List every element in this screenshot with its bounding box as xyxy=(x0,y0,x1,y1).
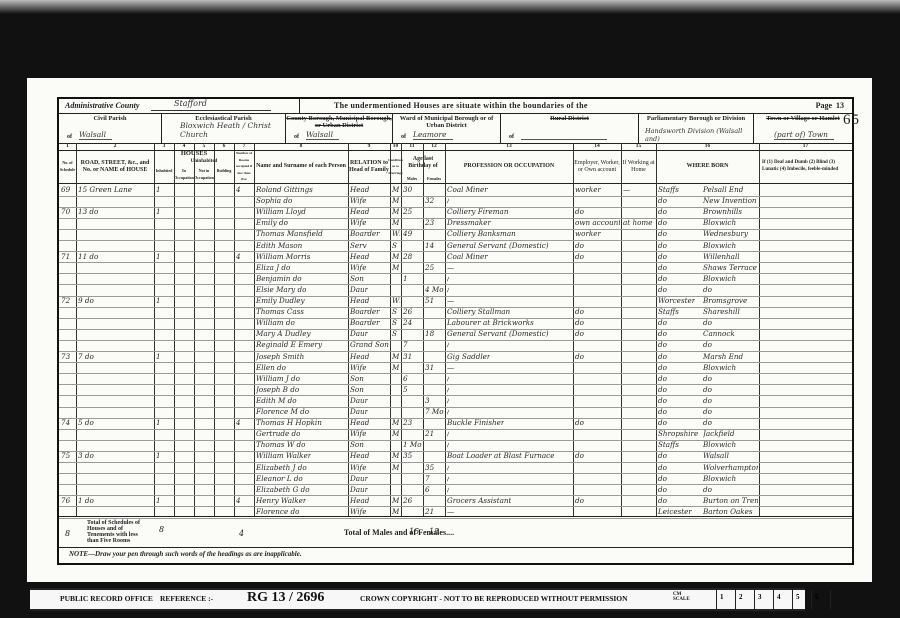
cell-birth-county: do xyxy=(658,474,667,483)
tick-mark: / xyxy=(447,396,449,405)
col-name: Name and Surname of each Person xyxy=(254,150,348,183)
totals-females: 15 xyxy=(429,527,439,536)
cell-male-age: 1 Mo xyxy=(403,440,422,449)
column-number: 11 xyxy=(401,143,423,149)
cell-rooms: 4 xyxy=(236,496,241,505)
cell-relation: Wife xyxy=(350,263,366,272)
cell-relation: Wife xyxy=(350,196,366,205)
cell-name: Roland Gittings xyxy=(256,185,313,194)
cell-relation: Daur xyxy=(350,474,368,483)
cell-birth-county: do xyxy=(658,363,667,372)
cell-occupation: — xyxy=(447,363,454,372)
cell-birth-county: Staffs xyxy=(658,185,679,194)
col-condition: Condition as to Marriage xyxy=(390,150,401,183)
cell-relation: Wife xyxy=(350,463,366,472)
cell-birth-place: Shaws Terrace xyxy=(703,263,757,272)
scale-mark: 3 xyxy=(754,590,773,609)
cell-birth-place: do xyxy=(703,340,712,349)
county-borough: County Borough, Municipal Borough, or Ur… xyxy=(286,113,393,143)
cell-relation: Head xyxy=(350,252,369,261)
cell-condition: M xyxy=(392,507,399,516)
cell-name: William J do xyxy=(256,374,300,383)
town-village-value: (part of) Town xyxy=(774,130,834,140)
cell-schedule: 69 xyxy=(61,185,70,194)
cell-relation: Son xyxy=(350,385,364,394)
cell-name: Emily do xyxy=(256,218,288,227)
cell-inhabited: 1 xyxy=(156,496,161,505)
cell-male-age: 5 xyxy=(403,385,408,394)
cell-name: Emily Dudley xyxy=(256,296,305,305)
cell-male-age: 6 xyxy=(403,374,408,383)
col-rooms: Number of Rooms occupied if less than fi… xyxy=(234,150,254,183)
cell-name: Mary A Dudley xyxy=(256,329,311,338)
cell-female-age: 18 xyxy=(425,329,434,338)
cell-male-age: 1 xyxy=(403,274,408,283)
tick-mark: / xyxy=(447,474,449,483)
col-at-home: If Working at Home xyxy=(621,150,656,183)
column-number: 8 xyxy=(254,143,348,149)
col-address: ROAD, STREET, &c., and No. or NAME of HO… xyxy=(76,150,154,183)
cell-relation: Daur xyxy=(350,485,368,494)
rural-district-value xyxy=(521,139,607,140)
cell-birth-county: do xyxy=(658,352,667,361)
cell-condition: M xyxy=(392,496,399,505)
cell-birth-county: do xyxy=(658,407,667,416)
tick-mark: / xyxy=(447,340,449,349)
of-label: of xyxy=(294,134,299,140)
cell-relation: Daur xyxy=(350,285,368,294)
cell-birth-place: do xyxy=(703,318,712,327)
cell-condition: Widr xyxy=(392,229,400,238)
column-number: 5 xyxy=(194,143,214,149)
cell-occupation: — xyxy=(447,263,454,272)
cell-birth-county: do xyxy=(658,329,667,338)
footer-reference: RG 13 / 2696 xyxy=(247,590,324,606)
cell-rooms: 4 xyxy=(236,185,241,194)
cell-female-age: 23 xyxy=(425,218,434,227)
cell-relation: Head xyxy=(350,496,369,505)
totals-rooms-value: 4 xyxy=(239,529,244,538)
cell-relation: Boarder xyxy=(350,318,380,327)
cell-female-age: 35 xyxy=(425,463,434,472)
cell-schedule: 75 xyxy=(61,451,70,460)
footer-scale-label: CM SCALE xyxy=(673,592,693,602)
cell-relation: Daur xyxy=(350,396,368,405)
cell-birth-county: do xyxy=(658,340,667,349)
col-not-in-occupation: Not in Occupation xyxy=(194,166,214,183)
cell-relation: Son xyxy=(350,374,364,383)
col-in-occupation: In Occupation xyxy=(174,166,194,183)
cell-female-age: 31 xyxy=(425,363,434,372)
cm-scale: 123456 xyxy=(716,590,865,609)
cell-schedule: 70 xyxy=(61,207,70,216)
col-occupation: PROFESSION OR OCCUPATION xyxy=(445,150,573,183)
cell-condition: M xyxy=(392,263,399,272)
cell-name: Eliza J do xyxy=(256,263,290,272)
cell-birth-place: Wolverhampton xyxy=(703,463,758,472)
cell-birth-county: do xyxy=(658,252,667,261)
tick-mark: / xyxy=(447,463,449,472)
cell-schedule: 73 xyxy=(61,352,70,361)
cell-birth-county: Shropshire xyxy=(658,429,698,438)
cell-male-age: 24 xyxy=(403,318,412,327)
col-males: Males xyxy=(401,175,423,183)
cell-condition: Wid xyxy=(392,296,400,305)
tick-mark: / xyxy=(447,274,449,283)
cell-birth-place: Bromsgrove xyxy=(703,296,747,305)
cell-relation: Head xyxy=(350,418,369,427)
cell-inhabited: 1 xyxy=(156,185,161,194)
cell-condition: S xyxy=(392,241,397,250)
cell-name: Eleanor L do xyxy=(256,474,303,483)
cell-birth-county: do xyxy=(658,285,667,294)
cell-relation: Son xyxy=(350,440,364,449)
cell-inhabited: 1 xyxy=(156,296,161,305)
admin-county-value: Stafford xyxy=(174,99,207,108)
col-inhabited: Inhabited xyxy=(154,160,174,183)
tick-mark: / xyxy=(447,285,449,294)
column-headers: No. of Schedule ROAD, STREET, &c., and N… xyxy=(59,150,852,184)
cell-relation: Wife xyxy=(350,507,366,516)
scale-mark: 1 xyxy=(716,590,735,609)
cell-relation: Head xyxy=(350,207,369,216)
cell-name: Thomas Mansfield xyxy=(256,229,323,238)
note-text: NOTE—Draw your pen through such words of… xyxy=(69,550,302,558)
cell-occupation: Labourer at Brickworks xyxy=(447,318,534,327)
cell-male-age: 7 xyxy=(403,340,408,349)
cell-employment: do xyxy=(575,207,584,216)
ward-value: Leamore xyxy=(413,130,453,140)
cell-occupation: Dressmaker xyxy=(447,218,491,227)
cell-female-age: 7 Mo xyxy=(425,407,444,416)
cell-birth-place: do xyxy=(703,385,712,394)
cell-occupation: Colliery Fireman xyxy=(447,207,508,216)
cell-name: Sophia do xyxy=(256,196,292,205)
cell-male-age: 26 xyxy=(403,496,412,505)
header-caption: The undermentioned Houses are situate wi… xyxy=(334,101,588,110)
cell-birth-county: Staffs xyxy=(658,307,679,316)
cell-birth-place: Burton on Trent xyxy=(703,496,758,505)
cell-birth-county: do xyxy=(658,274,667,283)
cell-employment: do xyxy=(575,352,584,361)
cell-employment: do xyxy=(575,318,584,327)
cell-relation: Boarder xyxy=(350,229,380,238)
cell-condition: M xyxy=(392,363,399,372)
cell-male-age: 31 xyxy=(403,352,412,361)
cell-birth-county: do xyxy=(658,485,667,494)
cell-name: Joseph B do xyxy=(256,385,299,394)
cell-birth-county: do xyxy=(658,451,667,460)
cell-birth-county: Leicester xyxy=(658,507,692,516)
of-label: of xyxy=(401,134,406,140)
totals-row: Total of Schedules of Houses and of Tene… xyxy=(59,516,852,548)
cell-female-age: 32 xyxy=(425,196,434,205)
rural-district: Rural District of xyxy=(501,113,639,143)
footer-reference-label: REFERENCE :- xyxy=(160,594,213,603)
column-number: 7 xyxy=(234,143,254,149)
town-village: Town or Village or Hamlet (part of) Town xyxy=(754,113,852,143)
cell-condition: M xyxy=(392,463,399,472)
cell-condition: M xyxy=(392,196,399,205)
cell-occupation: Coal Miner xyxy=(447,252,488,261)
footer-office: PUBLIC RECORD OFFICE xyxy=(60,594,153,603)
column-number: 10 xyxy=(390,143,401,149)
footer-copyright: CROWN COPYRIGHT - NOT TO BE REPRODUCED W… xyxy=(360,594,628,603)
cell-birth-place: Bloxwich xyxy=(703,241,736,250)
tick-mark: / xyxy=(447,196,449,205)
cell-condition: S xyxy=(392,307,397,316)
cell-birth-county: do xyxy=(658,396,667,405)
cell-birth-county: do xyxy=(658,496,667,505)
cell-birth-place: Jackfield xyxy=(703,429,735,438)
col-relation: RELATION to Head of Family xyxy=(348,150,390,183)
cell-condition: M xyxy=(392,185,399,194)
cell-relation: Son xyxy=(350,274,364,283)
cell-birth-county: Worcester xyxy=(658,296,695,305)
cell-address: 1 do xyxy=(78,496,94,505)
cell-occupation: General Servant (Domestic) xyxy=(447,329,549,338)
totals-schedules-label: Total of Schedules of Houses and of Tene… xyxy=(87,520,147,544)
cell-birth-place: do xyxy=(703,485,712,494)
cell-name: Edith M do xyxy=(256,396,297,405)
cell-name: Thomas Cass xyxy=(256,307,304,316)
cell-employment: worker xyxy=(575,185,601,194)
cell-relation: Wife xyxy=(350,429,366,438)
cell-rooms: 4 xyxy=(236,418,241,427)
archive-footer: PUBLIC RECORD OFFICE REFERENCE :- RG 13 … xyxy=(30,588,805,611)
cell-address: 5 do xyxy=(78,418,94,427)
cell-address: 9 do xyxy=(78,296,94,305)
cell-name: Edith Mason xyxy=(256,241,302,250)
cell-schedule: 71 xyxy=(61,252,70,261)
cell-name: Elizabeth J do xyxy=(256,463,307,472)
cell-female-age: 21 xyxy=(425,429,434,438)
cell-employment: do xyxy=(575,451,584,460)
page-label: Page xyxy=(816,101,832,110)
cell-birth-place: do xyxy=(703,285,712,294)
cell-employment: do xyxy=(575,241,584,250)
admin-county-line xyxy=(151,110,271,111)
cell-name: Florence M do xyxy=(256,407,309,416)
cell-name: Benjamin do xyxy=(256,274,302,283)
cell-birth-county: do xyxy=(658,196,667,205)
cell-relation: Daur xyxy=(350,329,368,338)
cell-occupation: — xyxy=(447,296,454,305)
civil-parish-label: Civil Parish xyxy=(59,115,161,122)
cell-employment: do xyxy=(575,418,584,427)
cell-male-age: 23 xyxy=(403,418,412,427)
cell-birth-place: Cannock xyxy=(703,329,735,338)
cell-relation: Serv xyxy=(350,241,367,250)
cell-relation: Head xyxy=(350,296,369,305)
cell-birth-county: do xyxy=(658,263,667,272)
cell-name: William Morris xyxy=(256,252,310,261)
cell-address: 15 Green Lane xyxy=(78,185,132,194)
cell-female-age: 7 xyxy=(425,474,430,483)
cell-condition: M xyxy=(392,207,399,216)
cell-birth-county: do xyxy=(658,318,667,327)
cell-female-age: 25 xyxy=(425,263,434,272)
cell-female-age: 3 xyxy=(425,396,430,405)
cell-condition: M xyxy=(392,418,399,427)
tick-mark: / xyxy=(447,440,449,449)
cell-female-age: 6 xyxy=(425,485,430,494)
cell-at-home: — xyxy=(623,185,630,194)
cell-male-age: 26 xyxy=(403,307,412,316)
cell-employment: worker xyxy=(575,229,601,238)
cell-inhabited: 1 xyxy=(156,418,161,427)
cell-male-age: 28 xyxy=(403,252,412,261)
column-number: 2 xyxy=(76,143,154,149)
cell-relation: Daur xyxy=(350,407,368,416)
cell-birth-place: Bloxwich xyxy=(703,440,736,449)
column-number: 1 xyxy=(59,143,76,149)
cell-employment: do xyxy=(575,307,584,316)
col-schedule: No. of Schedule xyxy=(59,150,76,183)
cell-birth-place: do xyxy=(703,396,712,405)
scale-mark xyxy=(830,590,865,609)
cell-birth-place: Bloxwich xyxy=(703,363,736,372)
page-number-value: 13 xyxy=(836,101,844,110)
cell-birth-place: do xyxy=(703,418,712,427)
tick-mark: / xyxy=(447,374,449,383)
scale-mark: 5 xyxy=(792,590,811,609)
column-number: 6 xyxy=(214,143,234,149)
cell-at-home: at home xyxy=(623,218,652,227)
cell-name: Joseph Smith xyxy=(256,352,304,361)
column-number: 4 xyxy=(174,143,194,149)
cell-relation: Head xyxy=(350,352,369,361)
cell-inhabited: 1 xyxy=(156,207,161,216)
cell-relation: Grand Son xyxy=(350,340,389,349)
col-females: Females xyxy=(423,175,445,183)
cell-name: Thomas H Hopkin xyxy=(256,418,322,427)
tick-mark: / xyxy=(447,429,449,438)
cell-relation: Boarder xyxy=(350,307,380,316)
town-village-label: Town or Village or Hamlet xyxy=(754,115,852,122)
cell-schedule: 72 xyxy=(61,296,70,305)
cell-birth-place: Brownhills xyxy=(703,207,742,216)
cell-name: Henry Walker xyxy=(256,496,306,505)
column-number: 17 xyxy=(759,143,852,149)
cell-address: 3 do xyxy=(78,451,94,460)
cell-occupation: Colliery Stallman xyxy=(447,307,510,316)
cell-condition: M xyxy=(392,252,399,261)
cell-occupation: General Servant (Domestic) xyxy=(447,241,549,250)
cell-male-age: 25 xyxy=(403,207,412,216)
cell-birth-county: do xyxy=(658,418,667,427)
cell-birth-place: Bloxwich xyxy=(703,218,736,227)
area-header: Civil Parish of Walsall Ecclesiastical P… xyxy=(59,113,852,144)
tick-mark: / xyxy=(447,407,449,416)
cell-condition: S xyxy=(392,318,397,327)
cell-birth-place: Barton Oakes xyxy=(703,507,753,516)
cell-birth-county: do xyxy=(658,374,667,383)
parliamentary-borough-label: Parliamentary Borough or Division xyxy=(639,115,753,122)
divider xyxy=(299,99,300,113)
cell-occupation: Grocers Assistant xyxy=(447,496,511,505)
cell-birth-county: do xyxy=(658,463,667,472)
cell-birth-county: do xyxy=(658,229,667,238)
column-number: 9 xyxy=(348,143,390,149)
col-employment: Employer, Worker, or Own account xyxy=(573,150,621,183)
column-number: 14 xyxy=(573,143,621,149)
ecclesiastical-parish: Ecclesiastical Parish Bloxwich Heath / C… xyxy=(162,113,286,143)
cell-inhabited: 1 xyxy=(156,252,161,261)
cell-name: Florence do xyxy=(256,507,299,516)
cell-employment: do xyxy=(575,252,584,261)
totals-houses-value: 8 xyxy=(159,525,164,534)
cell-rooms: 4 xyxy=(236,252,241,261)
col-birthplace: WHERE BORN xyxy=(656,150,759,183)
civil-parish-value: Walsall xyxy=(79,130,112,140)
cell-name: Thomas W do xyxy=(256,440,305,449)
county-borough-value: Walsall xyxy=(306,130,339,140)
cell-relation: Wife xyxy=(350,363,366,372)
cell-birth-county: do xyxy=(658,385,667,394)
cell-schedule: 74 xyxy=(61,418,70,427)
cell-inhabited: 1 xyxy=(156,352,161,361)
cell-birth-place: Wednesbury xyxy=(703,229,748,238)
cell-condition: M xyxy=(392,429,399,438)
cell-birth-place: Willenhall xyxy=(703,252,740,261)
totals-males: 15 xyxy=(409,527,419,536)
cell-name: William Lloyd xyxy=(256,207,306,216)
cell-relation: Wife xyxy=(350,218,366,227)
tick-mark: / xyxy=(447,385,449,394)
scanner-edge xyxy=(0,0,900,14)
cell-birth-county: Staffs xyxy=(658,440,679,449)
cell-female-age: 4 Mo xyxy=(425,285,444,294)
col-infirmity: If (1) Deaf and Dumb (2) Blind (3) Lunat… xyxy=(759,150,852,183)
ward: Ward of Municipal Borough or of Urban Di… xyxy=(393,113,501,143)
ward-label: Ward of Municipal Borough or of Urban Di… xyxy=(393,115,500,129)
cell-condition: S xyxy=(392,329,397,338)
cell-female-age: 21 xyxy=(425,507,434,516)
census-form: Administrative County Stafford The under… xyxy=(57,97,854,565)
cell-name: William do xyxy=(256,318,295,327)
cell-occupation: Gig Saddler xyxy=(447,352,490,361)
column-number: 13 xyxy=(445,143,573,149)
cell-name: Gertrude do xyxy=(256,429,300,438)
civil-parish: Civil Parish of Walsall xyxy=(59,113,162,143)
cell-name: Reginald E Emery xyxy=(256,340,322,349)
cell-occupation: Colliery Banksman xyxy=(447,229,516,238)
cell-female-age: 14 xyxy=(425,241,434,250)
cell-relation: Head xyxy=(350,451,369,460)
cell-birth-place: Marsh End xyxy=(703,352,743,361)
cell-male-age: 49 xyxy=(403,229,412,238)
column-number: 15 xyxy=(621,143,656,149)
cell-occupation: Boat Loader at Blast Furnace xyxy=(447,451,554,460)
cell-birth-place: New Invention xyxy=(703,196,757,205)
cell-birth-place: Pelsall End xyxy=(703,185,743,194)
cell-birth-county: do xyxy=(658,241,667,250)
cell-condition: M xyxy=(392,451,399,460)
cell-birth-place: Shareshill xyxy=(703,307,740,316)
cell-birth-county: do xyxy=(658,207,667,216)
cell-birth-place: Bloxwich xyxy=(703,474,736,483)
cell-occupation: Coal Miner xyxy=(447,185,488,194)
cell-schedule: 76 xyxy=(61,496,70,505)
cell-birth-place: Bloxwich xyxy=(703,274,736,283)
scale-mark: 6 xyxy=(811,590,830,609)
cell-relation: Head xyxy=(350,185,369,194)
parliamentary-borough: Parliamentary Borough or Division Handsw… xyxy=(639,113,754,143)
totals-schedules-value: 8 xyxy=(65,529,70,538)
cell-name: Elsie Mary do xyxy=(256,285,306,294)
cell-inhabited: 1 xyxy=(156,451,161,460)
